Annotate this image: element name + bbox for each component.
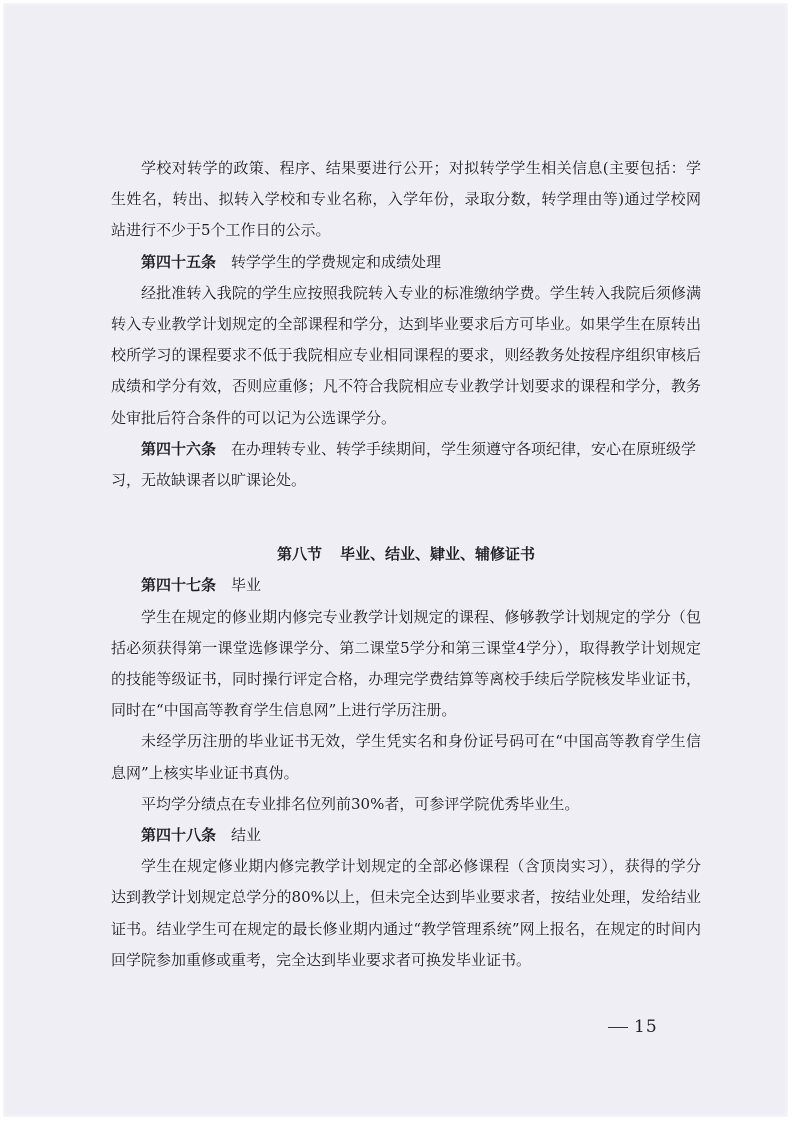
paragraph-outstanding-graduate: 平均学分绩点在专业排名位列前30%者，可参评学院优秀毕业生。: [111, 789, 701, 820]
document-page: 学校对转学的政策、程序、结果要进行公开；对拟转学学生相关信息(主要包括：学生姓名…: [3, 3, 788, 1117]
paragraph-transfer-disclosure: 学校对转学的政策、程序、结果要进行公开；对拟转学学生相关信息(主要包括：学生姓名…: [111, 153, 701, 247]
paragraph-registration-validity: 未经学历注册的毕业证书无效，学生凭实名和身份证号码可在“中国高等教育学生信息网”…: [111, 726, 701, 788]
page-number-value: 15: [634, 1017, 658, 1037]
article-45-heading: 第四十五条转学学生的学费规定和成绩处理: [111, 247, 701, 278]
article-48-heading: 第四十八条结业: [111, 820, 701, 851]
section-title: 毕业、结业、肄业、辅修证书: [340, 545, 535, 563]
paragraph-tuition-grades: 经批准转入我院的学生应按照我院转入专业的标准缴纳学费。学生转入我院后须修满转入专…: [111, 278, 701, 434]
section-heading: 第八节毕业、结业、肄业、辅修证书: [111, 496, 701, 570]
article-47-heading: 第四十七条毕业: [111, 570, 701, 601]
article-number: 第四十七条: [141, 576, 216, 594]
page-content: 学校对转学的政策、程序、结果要进行公开；对拟转学学生相关信息(主要包括：学生姓名…: [111, 153, 701, 976]
article-title: 毕业: [231, 576, 261, 594]
paragraph-completion: 学生在规定修业期内修完教学计划规定的全部必修课程（含顶岗实习），获得的学分达到教…: [111, 851, 701, 976]
paragraph-graduation-requirements: 学生在规定的修业期内修完专业教学计划规定的课程、修够教学计划规定的学分（包括必须…: [111, 602, 701, 727]
article-number: 第四十八条: [141, 826, 216, 844]
article-number: 第四十六条: [141, 440, 216, 458]
article-title: 结业: [231, 826, 261, 844]
section-number: 第八节: [277, 545, 322, 563]
page-number-dash: [608, 1027, 628, 1029]
article-46: 第四十六条在办理转专业、转学手续期间，学生须遵守各项纪律，安心在原班级学习，无故…: [111, 434, 701, 496]
page-number: 15: [608, 1017, 658, 1037]
article-number: 第四十五条: [141, 253, 216, 271]
article-title: 转学学生的学费规定和成绩处理: [231, 253, 441, 271]
